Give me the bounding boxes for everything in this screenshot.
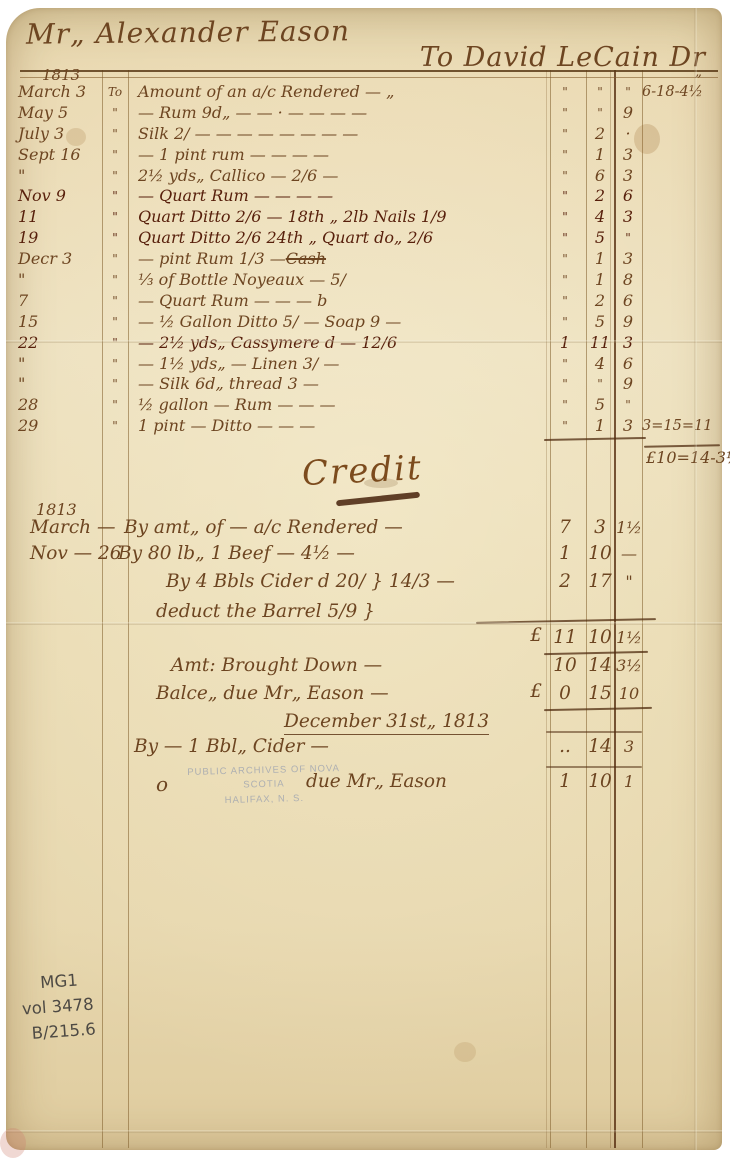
debit-cell-l: " (544, 291, 586, 312)
debit-cell-d: Nov 9 (6, 186, 102, 207)
debit-cell-p: 8 (614, 270, 642, 291)
debit-cell-desc: — 1½ yds„ — Linen 3/ — (128, 354, 544, 375)
debit-row: ""⅓ of Bottle Noyeaux — 5/"18 (6, 270, 722, 291)
debit-cell-l: " (544, 166, 586, 187)
debit-cell-d: 15 (6, 312, 102, 333)
credit-row: Nov — 26By 80 lb„ 1 Beef — 4½ —110— (6, 542, 722, 568)
credit-cell-s: 17 (586, 570, 614, 594)
debit-row: Nov 9"— Quart Rum — — — —"26 (6, 186, 722, 207)
credit-cell-p: " (614, 570, 644, 594)
debit-row: 22"— 2½ yds„ Cassymere d — 12/61113 (6, 333, 722, 354)
debit-cell-d: Sept 16 (6, 145, 102, 166)
debit-cell-s: 2 (586, 291, 614, 312)
debit-cell-note (642, 186, 722, 207)
credit-cell-l: 7 (544, 516, 586, 540)
debit-cell-desc: — 1 pint rum — — — — (128, 145, 544, 166)
ink-blot (336, 492, 420, 507)
debit-cell-note: 6-18-4½ (642, 82, 722, 103)
credit-cell-l: 11 (544, 626, 586, 650)
debit-cell-s: 1 (586, 416, 614, 437)
credit-cell-l: 10 (544, 654, 586, 678)
debit-cell-note (642, 354, 722, 375)
debit-cell-note (642, 395, 722, 416)
debit-row: Sept 16"— 1 pint rum — — — —"13 (6, 145, 722, 166)
debit-cell-d: " (6, 354, 102, 375)
credit-title: Credit (301, 448, 424, 494)
debit-cell-note (642, 374, 722, 395)
debit-cell-desc: ⅓ of Bottle Noyeaux — 5/ (128, 270, 544, 291)
debit-cell-l: " (544, 395, 586, 416)
debit-cell-p: 3 (614, 207, 642, 228)
pound-sign: £ (522, 624, 542, 648)
credit-cell-desc: Amt: Brought Down — (171, 654, 382, 678)
debit-cell-p: 3 (614, 145, 642, 166)
credit-cell-p: 1½ (614, 516, 644, 540)
ledger-paper: Mr„ Alexander Eason To David LeCain Dr „… (6, 8, 722, 1150)
debit-cell-s: 4 (586, 354, 614, 375)
debit-cell-p: " (614, 395, 642, 416)
debit-cell-d: Decr 3 (6, 249, 102, 270)
debit-cell-l: " (544, 103, 586, 124)
credit-row: By 4 Bbls Cider d 20/ } 14/3 —217" (6, 570, 722, 596)
debit-cell-q: To (102, 82, 128, 103)
struck-text: Cash (286, 249, 544, 270)
debit-cell-l: " (544, 416, 586, 437)
debit-cell-p: 9 (614, 312, 642, 333)
credit-cell-p: 3 (614, 735, 644, 759)
debit-cell-q: " (102, 270, 128, 291)
cider-box-line-top (546, 731, 642, 733)
debit-cell-desc: — 2½ yds„ Cassymere d — 12/6 (128, 333, 544, 354)
debit-row: ""— Silk 6d„ thread 3 —""9 (6, 374, 722, 395)
debit-cell-note (642, 228, 722, 249)
debit-cell-l: " (544, 354, 586, 375)
debit-cell-s: 2 (586, 124, 614, 145)
debit-row: ""— 1½ yds„ — Linen 3/ —"46 (6, 354, 722, 375)
archive-stamp-line1: PUBLIC ARCHIVES OF NOVA SCOTIA (183, 762, 344, 795)
debit-row: 19"Quart Ditto 2/6 24th „ Quart do„ 2/6"… (6, 228, 722, 249)
debit-row: 15"— ½ Gallon Ditto 5/ — Soap 9 —"59 (6, 312, 722, 333)
debit-cell-q: " (102, 228, 128, 249)
debit-cell-note (642, 145, 722, 166)
debit-cell-desc: Silk 2/ — — — — — — — — (128, 124, 544, 145)
credit-row: Amt: Brought Down —10143½ (6, 654, 722, 680)
debit-cell-q: " (102, 103, 128, 124)
debit-cell-q: " (102, 354, 128, 375)
debit-cell-l: " (544, 374, 586, 395)
debtor-name: Mr„ Alexander Eason (26, 14, 350, 50)
credit-cell-date: Nov — 26 (30, 542, 122, 566)
debit-cell-l: " (544, 270, 586, 291)
debit-cell-p: · (614, 124, 642, 145)
debit-cell-l: 1 (544, 333, 586, 354)
debit-cell-s: 1 (586, 145, 614, 166)
debit-cell-desc: Amount of an a/c Rendered — „ (128, 82, 544, 103)
credit-cell-s: 10 (586, 770, 614, 794)
debit-cell-p: 9 (614, 103, 642, 124)
debit-cell-note (642, 249, 722, 270)
debit-cell-d: " (6, 270, 102, 291)
credit-cell-desc: By 80 lb„ 1 Beef — 4½ — (118, 542, 355, 566)
credit-row: Balce„ due Mr„ Eason —£01510 (6, 682, 722, 708)
credit-cell-desc: Balce„ due Mr„ Eason — (156, 682, 389, 706)
debit-cell-s: 5 (586, 312, 614, 333)
header-rule (20, 70, 718, 78)
debit-cell-q: " (102, 291, 128, 312)
debit-cell-s: 11 (586, 333, 614, 354)
debit-row: March 3ToAmount of an a/c Rendered — „""… (6, 82, 722, 103)
debit-cell-note (642, 103, 722, 124)
credit-cell-l: 0 (544, 682, 586, 706)
debit-cell-s: 2 (586, 186, 614, 207)
debit-cell-q: " (102, 186, 128, 207)
debit-cell-desc: Quart Ditto 2/6 24th „ Quart do„ 2/6 (128, 228, 544, 249)
debit-cell-q: " (102, 416, 128, 437)
credit-cell-s: 10 (586, 542, 614, 566)
archive-ref-collection: MG1 (39, 968, 93, 996)
debit-cell-s: " (586, 82, 614, 103)
debit-cell-l: " (544, 124, 586, 145)
debit-row: 29"1 pint — Ditto — — —"133=15=11 (6, 416, 722, 437)
debit-cell-q: " (102, 124, 128, 145)
debit-row: 28"½ gallon — Rum — — —"5" (6, 395, 722, 416)
credit-cell-s: 3 (586, 516, 614, 540)
debit-cell-desc: — pint Rum 1/3 — (128, 249, 286, 270)
debit-cell-p: 6 (614, 291, 642, 312)
debit-row: July 3"Silk 2/ — — — — — — — —"2· (6, 124, 722, 145)
credit-row: £11101½ (6, 626, 722, 652)
debit-row: Decr 3"— pint Rum 1/3 — Cash"13 (6, 249, 722, 270)
credit-cell-desc: By 4 Bbls Cider d 20/ } 14/3 — (166, 570, 455, 594)
debit-cell-d: " (6, 166, 102, 187)
credit-cell-s: 14 (586, 654, 614, 678)
debit-cell-l: " (544, 249, 586, 270)
debit-cell-desc: — ½ Gallon Ditto 5/ — Soap 9 — (128, 312, 544, 333)
debit-cell-s: 1 (586, 270, 614, 291)
debit-cell-p: " (614, 228, 642, 249)
debit-cell-p: 9 (614, 374, 642, 395)
fold-crease (6, 1130, 722, 1133)
archive-reference: MG1 vol 3478 B/215.6 (19, 968, 96, 1047)
debit-cell-q: " (102, 395, 128, 416)
credit-cell-desc: deduct the Barrel 5/9 } (156, 600, 375, 624)
debit-cell-p: 6 (614, 186, 642, 207)
debit-cell-s: 4 (586, 207, 614, 228)
credit-cell-l: .. (544, 735, 586, 759)
debit-cell-q: " (102, 166, 128, 187)
debit-cell-desc: Quart Ditto 2/6 — 18th „ 2lb Nails 1/9 (128, 207, 544, 228)
debit-row: May 5"— Rum 9d„ — — · — — — —""9 (6, 103, 722, 124)
credit-cell-s: 15 (586, 682, 614, 706)
debit-cell-q: " (102, 145, 128, 166)
debit-cell-d: May 5 (6, 103, 102, 124)
archive-ref-item: B/215.6 (31, 1017, 97, 1046)
debit-cell-s: 5 (586, 228, 614, 249)
debit-cell-desc: — Quart Rum — — — b (128, 291, 544, 312)
debit-cell-d: 11 (6, 207, 102, 228)
debit-cell-p: 3 (614, 166, 642, 187)
debit-cell-s: 1 (586, 249, 614, 270)
credit-cell-l: 2 (544, 570, 586, 594)
debit-cell-p: 3 (614, 333, 642, 354)
debit-cell-d: 22 (6, 333, 102, 354)
debit-cell-note (642, 291, 722, 312)
credit-cell-l: 1 (544, 770, 586, 794)
debit-cell-l: " (544, 186, 586, 207)
debit-cell-l: " (544, 312, 586, 333)
archive-stamp: PUBLIC ARCHIVES OF NOVA SCOTIA HALIFAX, … (183, 762, 344, 809)
debit-cell-d: March 3 (6, 82, 102, 103)
debit-sum-line (544, 437, 646, 441)
credit-cell-p: 1 (614, 770, 644, 794)
credit-cell-p: — (614, 542, 644, 566)
debit-cell-q: " (102, 207, 128, 228)
debit-cell-p: 3 (614, 249, 642, 270)
debit-cell-desc: — Quart Rum — — — — (128, 186, 544, 207)
debit-row: 11"Quart Ditto 2/6 — 18th „ 2lb Nails 1/… (6, 207, 722, 228)
debit-cell-d: 19 (6, 228, 102, 249)
credit-cell-p: 1½ (614, 626, 644, 650)
fold-crease (6, 340, 722, 343)
debit-entries: March 3ToAmount of an a/c Rendered — „""… (6, 82, 722, 437)
pound-sign: £ (522, 680, 542, 704)
creditor-line: To David LeCain Dr (420, 42, 706, 73)
debit-cell-s: " (586, 103, 614, 124)
debit-cell-d: " (6, 374, 102, 395)
debit-cell-desc: ½ gallon — Rum — — — (128, 395, 544, 416)
debit-cell-q: " (102, 374, 128, 395)
debit-total: £10=14-3½ (646, 448, 730, 467)
debit-row: 7"— Quart Rum — — — b"26 (6, 291, 722, 312)
ink-flourish: o (156, 772, 168, 796)
archive-stamp-line2: HALIFAX, N. S. (184, 790, 344, 808)
cider-box-line-bottom (546, 766, 642, 768)
debit-cell-d: 29 (6, 416, 102, 437)
credit-cell-s: 10 (586, 626, 614, 650)
debit-cell-desc: — Silk 6d„ thread 3 — (128, 374, 544, 395)
debit-cell-s: " (586, 374, 614, 395)
credit-row: By — 1 Bbl„ Cider —..143 (6, 735, 722, 761)
debit-cell-q: " (102, 333, 128, 354)
debit-cell-s: 6 (586, 166, 614, 187)
debit-cell-l: " (544, 145, 586, 166)
debit-row: ""2½ yds„ Callico — 2/6 —"63 (6, 166, 722, 187)
debit-cell-desc: 1 pint — Ditto — — — (128, 416, 544, 437)
debit-cell-p: 3 (614, 416, 642, 437)
debit-cell-p: " (614, 82, 642, 103)
debit-cell-note (642, 270, 722, 291)
stain (454, 1042, 476, 1062)
credit-cell-s: 14 (586, 735, 614, 759)
debit-cell-p: 6 (614, 354, 642, 375)
debit-cell-note: 3=15=11 (642, 416, 722, 437)
debit-cell-note (642, 333, 722, 354)
credit-cell-date: March — (30, 516, 115, 540)
debit-cell-note (642, 124, 722, 145)
debit-cell-l: " (544, 82, 586, 103)
debit-cell-l: " (544, 207, 586, 228)
debit-cell-d: 28 (6, 395, 102, 416)
credit-cell-l: 1 (544, 542, 586, 566)
debit-cell-note (642, 207, 722, 228)
debit-cell-desc: 2½ yds„ Callico — 2/6 — (128, 166, 544, 187)
fold-crease (694, 8, 697, 1150)
debit-cell-s: 5 (586, 395, 614, 416)
debit-cell-q: " (102, 249, 128, 270)
credit-row: due Mr„ Eason1101 (6, 770, 722, 796)
debit-cell-l: " (544, 228, 586, 249)
credit-row: March —By amt„ of — a/c Rendered —731½ (6, 516, 722, 542)
debit-cell-note (642, 312, 722, 333)
debit-cell-desc: — Rum 9d„ — — · — — — — (128, 103, 544, 124)
credit-cell-desc: By — 1 Bbl„ Cider — (134, 735, 329, 759)
debit-cell-note (642, 166, 722, 187)
credit-cell-p: 3½ (614, 654, 644, 678)
credit-cell-desc: By amt„ of — a/c Rendered — (124, 516, 403, 540)
credit-cell-p: 10 (614, 682, 644, 706)
debit-cell-d: July 3 (6, 124, 102, 145)
debit-cell-d: 7 (6, 291, 102, 312)
fold-crease (6, 622, 722, 625)
credit-date-line: December 31st„ 1813 (284, 710, 489, 735)
debit-cell-q: " (102, 312, 128, 333)
